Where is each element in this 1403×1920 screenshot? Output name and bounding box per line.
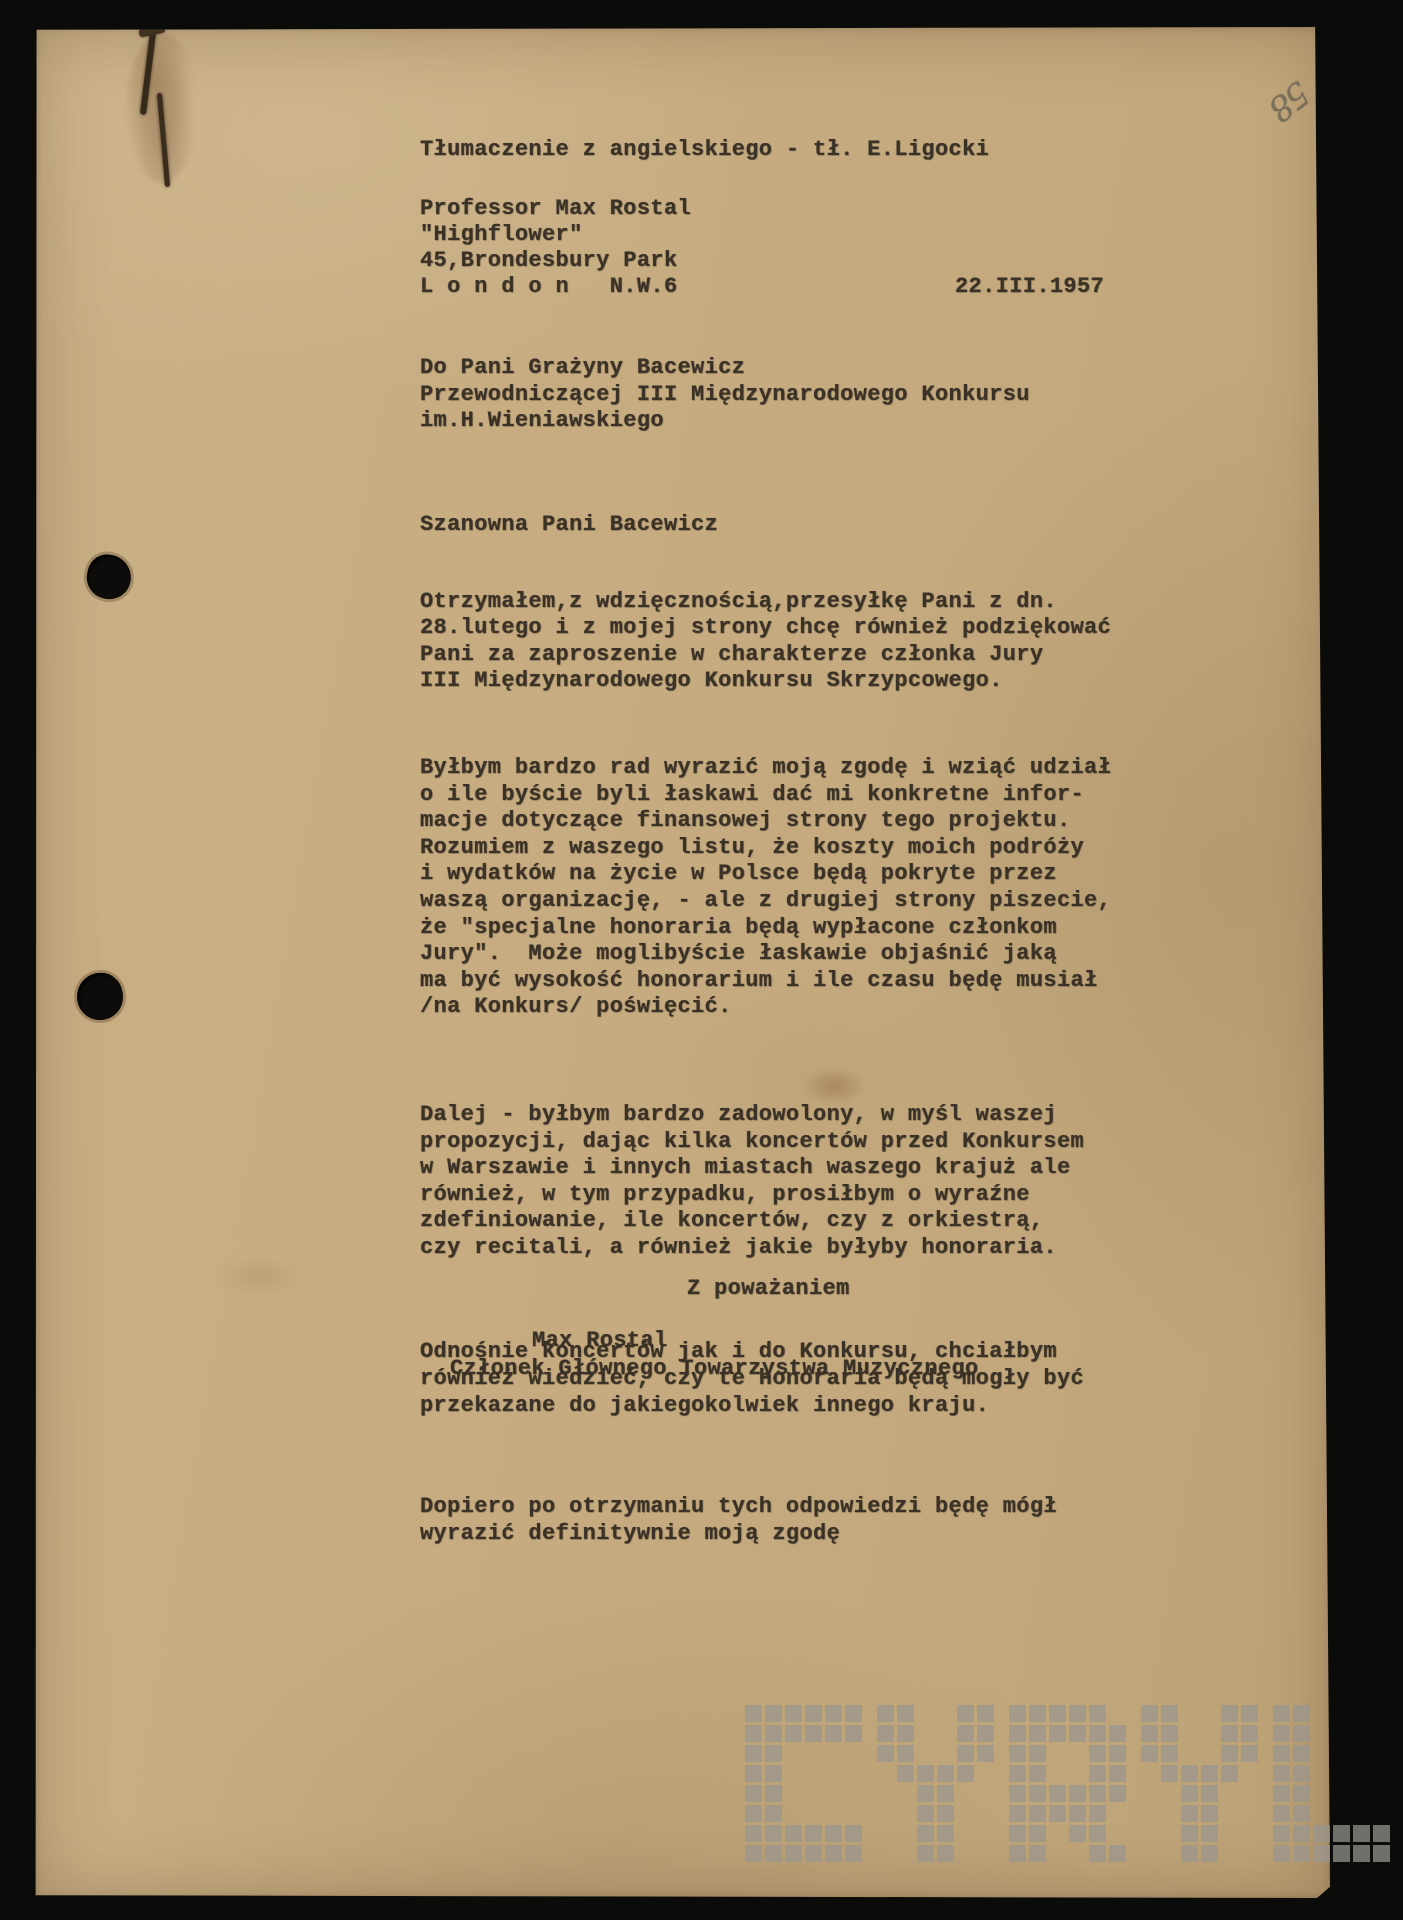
watermark-pixel (1241, 1745, 1258, 1762)
watermark-pixel (1029, 1745, 1046, 1762)
watermark-pixel (877, 1745, 894, 1762)
text-line: o ile byście byli łaskawi dać mi konkret… (420, 782, 1111, 809)
watermark-pixel (1241, 1725, 1258, 1742)
watermark-pixel (1201, 1785, 1218, 1802)
watermark-pixel (765, 1805, 782, 1822)
watermark-pixel (937, 1805, 954, 1822)
closing-phrase: Z poważaniem (687, 1276, 850, 1301)
translation-note: Tłumaczenie z angielskiego - tł. E.Ligoc… (420, 137, 989, 162)
watermark-pixel (1181, 1785, 1198, 1802)
watermark-pixel (1293, 1725, 1310, 1742)
watermark-pixel (1313, 1825, 1330, 1842)
watermark-pixel (1109, 1725, 1126, 1742)
text-line: Do Pani Grażyny Bacewicz (420, 355, 1030, 382)
watermark-pixel (1273, 1725, 1290, 1742)
watermark-pixel (1089, 1725, 1106, 1742)
watermark-pixel (1049, 1785, 1066, 1802)
watermark-pixel (1293, 1705, 1310, 1722)
text-line: Pani za zaproszenie w charakterze członk… (420, 642, 1111, 669)
watermark-pixel (745, 1705, 762, 1722)
watermark-pixel (897, 1745, 914, 1762)
text-line: Dalej - byłbym bardzo zadowolony, w myśl… (420, 1102, 1111, 1129)
watermark-pixel (1009, 1845, 1026, 1862)
text-line: Professor Max Rostal (420, 196, 691, 222)
watermark-pixel (957, 1725, 974, 1742)
text-line: przekazane do jakiegokolwiek innego kraj… (420, 1393, 1111, 1420)
watermark-pixel (1293, 1785, 1310, 1802)
text-line: Dopiero po otrzymaniu tych odpowiedzi bę… (420, 1494, 1111, 1521)
watermark-pixel (785, 1725, 802, 1742)
watermark-pixel (1273, 1705, 1290, 1722)
watermark-pixel (1089, 1825, 1106, 1842)
watermark-pixel (1273, 1845, 1290, 1862)
watermark-pixel (1353, 1845, 1370, 1862)
watermark-pixel (1049, 1805, 1066, 1822)
watermark-pixel (845, 1825, 862, 1842)
text-line: 45,Brondesbury Park (420, 248, 691, 274)
watermark-pixel (1293, 1845, 1310, 1862)
letter-date: 22.III.1957 (955, 274, 1104, 300)
watermark-pixel (957, 1745, 974, 1762)
watermark-pixel (957, 1765, 974, 1782)
letter-page: 58 Tłumaczenie z angielskiego - tł. E.Li… (35, 27, 1330, 1898)
watermark-pixel (1181, 1805, 1198, 1822)
watermark-pixel (765, 1845, 782, 1862)
watermark-pixel (1089, 1845, 1106, 1862)
watermark-pixel (1201, 1805, 1218, 1822)
watermark-pixel (1069, 1705, 1086, 1722)
watermark-pixel (745, 1805, 762, 1822)
watermark-pixel (745, 1845, 762, 1862)
watermark-pixel (1029, 1805, 1046, 1822)
watermark-pixel (765, 1705, 782, 1722)
watermark-pixel (1049, 1705, 1066, 1722)
paragraph-2: Byłbym bardzo rad wyrazić moją zgodę i w… (420, 755, 1111, 1021)
watermark-pixel (1009, 1705, 1026, 1722)
watermark-pixel (1009, 1825, 1026, 1842)
watermark-pixel (1333, 1845, 1350, 1862)
watermark-pixel (1293, 1765, 1310, 1782)
watermark-pixel (745, 1725, 762, 1742)
watermark-pixel (845, 1705, 862, 1722)
watermark-pixel (977, 1725, 994, 1742)
watermark-pixel (977, 1745, 994, 1762)
watermark-pixel (785, 1845, 802, 1862)
paper-stain (215, 1257, 305, 1297)
text-line: że "specjalne honoraria będą wypłacone c… (420, 915, 1111, 942)
paragraph-3: Dalej - byłbym bardzo zadowolony, w myśl… (420, 1102, 1111, 1262)
watermark-pixel (805, 1705, 822, 1722)
watermark-pixel (1089, 1805, 1106, 1822)
watermark-pixel (1029, 1725, 1046, 1742)
watermark-pixel (1373, 1825, 1390, 1842)
text-line: III Międzynarodowego Konkursu Skrzypcowe… (420, 668, 1111, 695)
watermark-pixel (1221, 1705, 1238, 1722)
punch-hole-bottom (74, 970, 126, 1023)
signature-title: Członek Głównego Towarzystwa Muzycznego (450, 1356, 979, 1381)
watermark-letter (1009, 1705, 1129, 1865)
watermark-pixel (805, 1825, 822, 1842)
watermark-pixel (1009, 1805, 1026, 1822)
watermark-pixel (1029, 1845, 1046, 1862)
recipient-address: Do Pani Grażyny BacewiczPrzewodniczącej … (420, 355, 1030, 435)
handwritten-page-number: 58 (1219, 49, 1317, 147)
watermark-pixel (1273, 1785, 1290, 1802)
text-line: L o n d o n N.W.6 (420, 274, 691, 300)
text-line: im.H.Wieniawskiego (420, 408, 1030, 435)
watermark-pixel (1221, 1725, 1238, 1742)
watermark-pixel (1273, 1805, 1290, 1822)
watermark-pixel (1273, 1765, 1290, 1782)
salutation: Szanowna Pani Bacewicz (420, 512, 1111, 539)
watermark-pixel (825, 1725, 842, 1742)
watermark-pixel (1069, 1825, 1086, 1842)
watermark-pixel (1109, 1785, 1126, 1802)
text-line: wyrazić definitywnie moją zgodę (420, 1521, 1111, 1548)
watermark-pixel (825, 1845, 842, 1862)
watermark-pixel (1273, 1825, 1290, 1842)
watermark-pixel (1161, 1705, 1178, 1722)
watermark-pixel (1089, 1765, 1106, 1782)
watermark-pixel (1049, 1725, 1066, 1742)
sender-address: Professor Max Rostal"Highflower"45,Brond… (420, 196, 691, 300)
watermark-pixel (1089, 1705, 1106, 1722)
watermark-letter (1273, 1705, 1393, 1865)
watermark-pixel (957, 1705, 974, 1722)
watermark-pixel (1181, 1825, 1198, 1842)
watermark-letter (1141, 1705, 1261, 1865)
watermark-pixel (1293, 1745, 1310, 1762)
watermark-pixel (805, 1845, 822, 1862)
watermark-pixel (765, 1825, 782, 1842)
watermark-pixel (1241, 1705, 1258, 1722)
watermark-pixel (1181, 1845, 1198, 1862)
watermark-pixel (805, 1725, 822, 1742)
watermark-pixel (745, 1745, 762, 1762)
watermark-pixel (1141, 1745, 1158, 1762)
watermark-pixel (745, 1785, 762, 1802)
watermark-pixel (765, 1745, 782, 1762)
watermark-pixel (1161, 1765, 1178, 1782)
watermark-pixel (765, 1785, 782, 1802)
text-line: Otrzymałem,z wdzięcznością,przesyłkę Pan… (420, 589, 1111, 616)
watermark-pixel (917, 1765, 934, 1782)
paragraph-5: Dopiero po otrzymaniu tych odpowiedzi bę… (420, 1494, 1111, 1547)
text-line: Byłbym bardzo rad wyrazić moją zgodę i w… (420, 755, 1111, 782)
watermark-pixel (1089, 1785, 1106, 1802)
watermark-pixel (1069, 1785, 1086, 1802)
text-line: w Warszawie i innych miastach waszego kr… (420, 1155, 1111, 1182)
watermark-pixel (1069, 1725, 1086, 1742)
watermark-pixel (1353, 1825, 1370, 1842)
watermark-pixel (785, 1705, 802, 1722)
watermark-letter (877, 1705, 997, 1865)
watermark-pixel (1201, 1825, 1218, 1842)
watermark-pixel (1201, 1765, 1218, 1782)
watermark-pixel (917, 1805, 934, 1822)
staple-marks (121, 27, 211, 197)
text-line: waszą organizację, - ale z drugiej stron… (420, 888, 1111, 915)
text-line: i wydatków na życie w Polsce będą pokryt… (420, 861, 1111, 888)
punch-hole-top (83, 551, 135, 603)
watermark-pixel (937, 1785, 954, 1802)
watermark-pixel (1293, 1825, 1310, 1842)
watermark-pixel (917, 1785, 934, 1802)
watermark-pixel (1069, 1805, 1086, 1822)
watermark-pixel (1161, 1745, 1178, 1762)
text-line: propozycji, dając kilka koncertów przed … (420, 1129, 1111, 1156)
letter-body: Szanowna Pani Bacewicz Otrzymałem,z wdzi… (420, 462, 1111, 1597)
watermark-pixel (745, 1825, 762, 1842)
watermark-pixel (1141, 1705, 1158, 1722)
watermark-pixel (845, 1845, 862, 1862)
text-line: zdefiniowanie, ile koncertów, czy z orki… (420, 1208, 1111, 1235)
watermark-pixel (917, 1845, 934, 1862)
watermark-pixel (845, 1725, 862, 1742)
watermark-pixel (1333, 1825, 1350, 1842)
watermark-pixel (825, 1825, 842, 1842)
watermark-pixel (1029, 1705, 1046, 1722)
watermark-pixel (1109, 1745, 1126, 1762)
watermark-pixel (745, 1765, 762, 1782)
watermark-pixel (1089, 1745, 1106, 1762)
watermark-pixel (1029, 1825, 1046, 1842)
watermark-pixel (1109, 1845, 1126, 1862)
watermark-pixel (897, 1705, 914, 1722)
watermark-pixel (877, 1705, 894, 1722)
watermark-pixel (1293, 1805, 1310, 1822)
watermark-pixel (1313, 1845, 1330, 1862)
watermark-pixel (785, 1825, 802, 1842)
watermark-pixel (937, 1845, 954, 1862)
watermark-pixel (1029, 1765, 1046, 1782)
text-line: Rozumiem z waszego listu, że koszty moic… (420, 835, 1111, 862)
watermark-pixel (897, 1725, 914, 1742)
watermark-pixel (1009, 1785, 1026, 1802)
text-line: Jury". Może moglibyście łaskawie objaśni… (420, 941, 1111, 968)
watermark-pixel (1221, 1765, 1238, 1782)
watermark-pixel (877, 1725, 894, 1742)
cyryl-watermark (745, 1705, 1403, 1865)
watermark-pixel (937, 1765, 954, 1782)
text-line: macje dotyczące finansowej strony tego p… (420, 808, 1111, 835)
scanned-letter: 58 Tłumaczenie z angielskiego - tł. E.Li… (0, 0, 1403, 1920)
watermark-pixel (1029, 1785, 1046, 1802)
watermark-pixel (1109, 1765, 1126, 1782)
watermark-pixel (1009, 1765, 1026, 1782)
watermark-pixel (1141, 1725, 1158, 1742)
watermark-pixel (897, 1765, 914, 1782)
watermark-pixel (765, 1725, 782, 1742)
text-line: również, w tym przypadku, prosiłbym o wy… (420, 1182, 1111, 1209)
watermark-pixel (1009, 1725, 1026, 1742)
watermark-pixel (1273, 1745, 1290, 1762)
watermark-pixel (765, 1765, 782, 1782)
watermark-pixel (825, 1705, 842, 1722)
watermark-pixel (1009, 1745, 1026, 1762)
watermark-pixel (1373, 1845, 1390, 1862)
signature-name: Max Rostal (532, 1328, 668, 1353)
watermark-pixel (1201, 1845, 1218, 1862)
text-line: 28.lutego i z mojej strony chcę również … (420, 615, 1111, 642)
text-line: /na Konkurs/ poświęcić. (420, 994, 1111, 1021)
watermark-letter (745, 1705, 865, 1865)
watermark-pixel (1221, 1745, 1238, 1762)
paragraph-1: Otrzymałem,z wdzięcznością,przesyłkę Pan… (420, 589, 1111, 695)
watermark-pixel (917, 1825, 934, 1842)
watermark-pixel (1161, 1725, 1178, 1742)
watermark-pixel (937, 1825, 954, 1842)
text-line: czy recitali, a również jakie byłyby hon… (420, 1235, 1111, 1262)
text-line: ma być wysokość honorarium i ile czasu b… (420, 968, 1111, 995)
watermark-pixel (1181, 1765, 1198, 1782)
text-line: Przewodniczącej III Międzynarodowego Kon… (420, 382, 1030, 409)
watermark-pixel (977, 1705, 994, 1722)
text-line: "Highflower" (420, 222, 691, 248)
